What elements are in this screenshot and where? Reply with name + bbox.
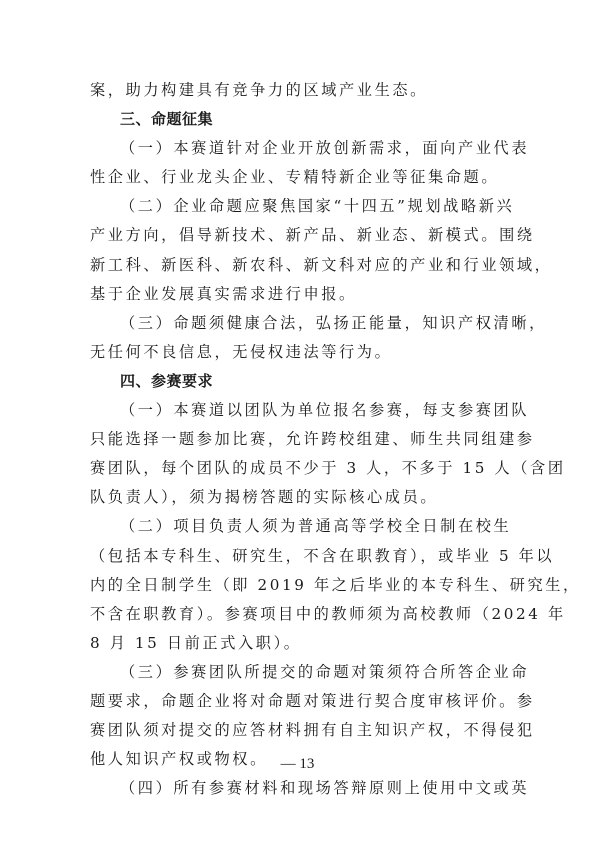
paragraph-line: 不含在职教育）。参赛项目中的教师须为高校教师（2024 年 [90, 600, 508, 629]
paragraph-line: 题要求，命题企业将对命题对策进行契合度审核评价。参 [90, 687, 508, 716]
document-body: 案，助力构建具有竞争力的区域产业生态。 三、命题征集 （一）本赛道针对企业开放创… [90, 76, 508, 803]
paragraph-line: （四）所有参赛材料和现场答辩原则上使用中文或英 [90, 774, 508, 803]
paragraph-line: （一）本赛道以团队为单位报名参赛，每支参赛团队 [90, 396, 508, 425]
paragraph-line: 新工科、新医科、新农科、新文科对应的产业和行业领域， [90, 251, 508, 280]
paragraph-line: 产业方向，倡导新技术、新产品、新业态、新模式。围绕 [90, 221, 508, 250]
paragraph-line: （一）本赛道针对企业开放创新需求，面向产业代表 [90, 134, 508, 163]
paragraph-line: 只能选择一题参加比赛，允许跨校组建、师生共同组建参 [90, 425, 508, 454]
paragraph-line: 队负责人），须为揭榜答题的实际核心成员。 [90, 483, 508, 512]
section-heading-3: 三、命题征集 [90, 105, 508, 134]
paragraph-line: （三）参赛团队所提交的命题对策须符合所答企业命 [90, 658, 508, 687]
paragraph-line: （二）项目负责人须为普通高等学校全日制在校生 [90, 512, 508, 541]
paragraph-line: （二）企业命题应聚焦国家“十四五”规划战略新兴 [90, 192, 508, 221]
paragraph-line: 赛团队须对提交的应答材料拥有自主知识产权，不得侵犯 [90, 716, 508, 745]
paragraph-line: （三）命题须健康合法，弘扬正能量，知识产权清晰， [90, 309, 508, 338]
page-number: — 13 [0, 756, 595, 773]
section-heading-4: 四、参赛要求 [90, 367, 508, 396]
paragraph-line: 无任何不良信息，无侵权违法等行为。 [90, 338, 508, 367]
paragraph-line: 性企业、行业龙头企业、专精特新企业等征集命题。 [90, 163, 508, 192]
paragraph-line: （包括本专科生、研究生，不含在职教育），或毕业 5 年以 [90, 542, 508, 571]
paragraph-line: 内的全日制学生（即 2019 年之后毕业的本专科生、研究生， [90, 571, 508, 600]
paragraph-line: 赛团队，每个团队的成员不少于 3 人，不多于 15 人（含团 [90, 454, 508, 483]
paragraph-line: 基于企业发展真实需求进行申报。 [90, 280, 508, 309]
paragraph-line: 案，助力构建具有竞争力的区域产业生态。 [90, 76, 508, 105]
paragraph-line: 8 月 15 日前正式入职）。 [90, 629, 508, 658]
